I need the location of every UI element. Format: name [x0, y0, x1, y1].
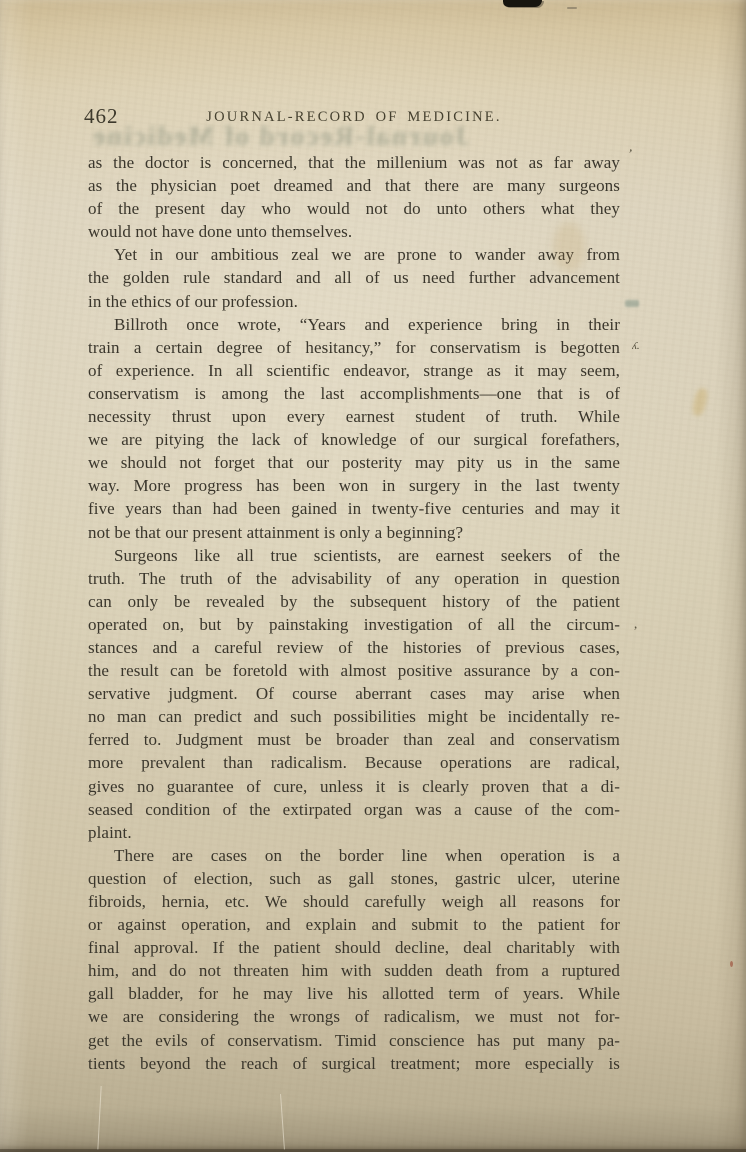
paper-fiber: [97, 1086, 101, 1150]
text-line: servative judgment. Of course aberrant c…: [88, 682, 620, 705]
text-line: as the doctor is concerned, that the mil…: [88, 151, 620, 174]
text-line: train a certain degree of hesitancy,” fo…: [88, 336, 620, 359]
text-line: or against operation, and explain and su…: [88, 913, 620, 936]
text-line: we are pitying the lack of knowledge of …: [88, 428, 620, 451]
text-block: as the doctor is concerned, that the mil…: [88, 151, 620, 1075]
text-line: in the ethics of our profession.: [88, 290, 620, 313]
paper-stain: [553, 222, 585, 272]
text-line: gives no guarantee of cure, unless it is…: [88, 775, 620, 798]
text-line: conservatism is among the last accomplis…: [88, 382, 620, 405]
text-line: not be that our present attainment is on…: [88, 521, 620, 544]
text-line: operated on, but by painstaking investig…: [88, 613, 620, 636]
ink-speck-apostrophe: ’: [627, 146, 634, 162]
ink-speck-comma: ,: [634, 616, 637, 632]
text-line: of the present day who would not do unto…: [88, 197, 620, 220]
text-line: There are cases on the border line when …: [88, 844, 620, 867]
text-line: him, and do not threaten him with sudden…: [88, 959, 620, 982]
paper-stain: [691, 387, 709, 417]
text-line: would not have done unto themselves.: [88, 220, 620, 243]
text-line: as the physician poet dreamed and that t…: [88, 174, 620, 197]
text-line: plaint.: [88, 821, 620, 844]
scanner-edge-mark: [503, 0, 542, 7]
bleed-through-title: Journal-Record of Medicine: [57, 121, 503, 155]
journal-running-title: JOURNAL-RECORD OF MEDICINE.: [88, 109, 620, 126]
text-line: necessity thrust upon every earnest stud…: [88, 405, 620, 428]
text-line: stances and a careful review of the hist…: [88, 636, 620, 659]
text-line: Surgeons like all true scientists, are e…: [88, 544, 620, 567]
text-line: of experience. In all scientific endeavo…: [88, 359, 620, 382]
text-line: Yet in our ambitious zeal we are prone t…: [88, 243, 620, 266]
scanned-book-page: Journal-Record of Medicine 462 JOURNAL-R…: [0, 0, 746, 1152]
text-line: can only be revealed by the subsequent h…: [88, 590, 620, 613]
text-line: fibroids, hernia, etc. We should careful…: [88, 890, 620, 913]
paper-fiber: [280, 1094, 285, 1150]
text-line: no man can predict and such possibilitie…: [88, 705, 620, 728]
text-line: get the evils of conservatism. Timid con…: [88, 1029, 620, 1052]
text-line: truth. The truth of the advisability of …: [88, 567, 620, 590]
text-line: Billroth once wrote, “Years and experien…: [88, 313, 620, 336]
text-line: final approval. If the patient should de…: [88, 936, 620, 959]
text-line: seased condition of the extirpated organ…: [88, 798, 620, 821]
text-line: tients beyond the reach of surgical trea…: [88, 1052, 620, 1075]
text-line: ferred to. Judgment must be broader than…: [88, 728, 620, 751]
text-line: the golden rule standard and all of us n…: [88, 266, 620, 289]
scan-dash-mark: [567, 7, 577, 9]
text-line: five years than had been gained in twent…: [88, 497, 620, 520]
text-line: more prevalent than radicalism. Because …: [88, 751, 620, 774]
bleed-speck: [625, 300, 639, 307]
text-line: the result can be foretold with almost p…: [88, 659, 620, 682]
text-line: we are considering the wrongs of radical…: [88, 1005, 620, 1028]
red-speck: [730, 961, 733, 967]
text-line: we should not forget that our posterity …: [88, 451, 620, 474]
ink-speck-caret: ʎ.: [632, 340, 640, 352]
text-line: question of election, such as gall stone…: [88, 867, 620, 890]
text-line: way. More progress has been won in surge…: [88, 474, 620, 497]
text-line: gall bladder, for he may live his allott…: [88, 982, 620, 1005]
